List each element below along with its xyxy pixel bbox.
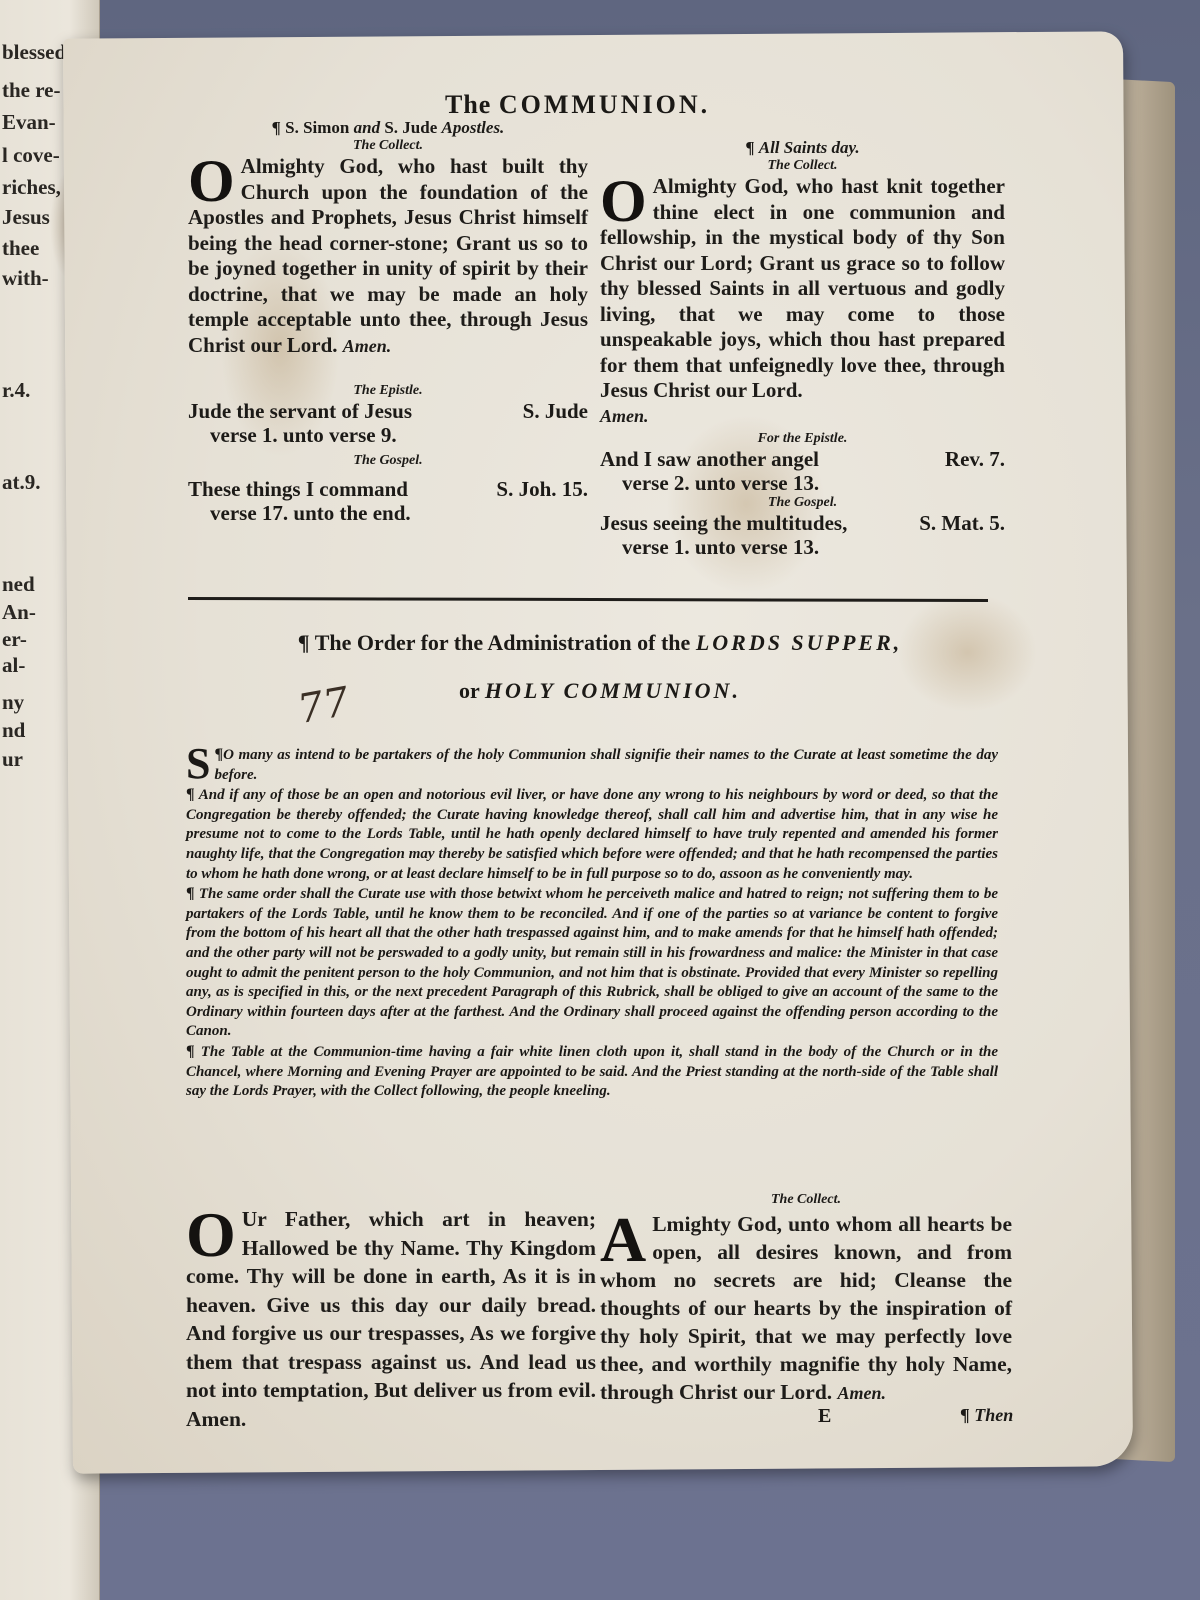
- rubric-paragraph: ¶ The Table at the Communion-time having…: [186, 1042, 998, 1102]
- feast-title: ¶ All Saints day.: [600, 138, 1005, 158]
- drop-cap: S: [186, 747, 210, 781]
- pilcrow-icon: ¶: [186, 1043, 195, 1060]
- left-page-fragment: Evan-: [2, 110, 56, 135]
- gospel-reference: These things I command verse 17. unto th…: [188, 477, 588, 525]
- left-page-fragment: ur: [2, 747, 23, 772]
- left-page-fragment: An-: [2, 600, 36, 625]
- left-page-fragment: ny: [2, 690, 24, 715]
- drop-cap: O: [600, 178, 647, 224]
- collect-text: O Almighty God, who hast built thy Churc…: [188, 154, 588, 359]
- pilcrow-icon: ¶: [272, 118, 281, 137]
- scripture-citation: S. Joh. 15.: [496, 477, 588, 501]
- left-page-fragment: l cove-: [2, 143, 60, 168]
- epistle-reference: Jude the servant of Jesus verse 1. unto …: [188, 399, 588, 447]
- left-page-fragment: Jesus: [2, 205, 50, 230]
- simon-jude-section: ¶ S. Simon and S. Jude Apostles. The Col…: [188, 118, 588, 525]
- left-page-fragment: the re-: [2, 78, 61, 103]
- pilcrow-icon: ¶: [214, 746, 223, 763]
- collect-for-purity: The Collect. A Lmighty God, unto whom al…: [600, 1192, 1012, 1407]
- left-page-fragment: blessed: [2, 40, 66, 65]
- pilcrow-icon: ¶: [186, 786, 195, 803]
- rubrics: ¶SO many as intend to be partakers of th…: [186, 745, 998, 1102]
- running-head-title: COMMUNION.: [499, 90, 710, 119]
- left-page-fragment: thee: [2, 236, 39, 261]
- signature-mark: E: [818, 1405, 831, 1428]
- amen: Amen.: [600, 404, 1005, 430]
- epistle-label: The Epistle.: [188, 383, 588, 399]
- collect-text: O Almighty God, who hast knit together t…: [600, 174, 1005, 429]
- left-page-fragment: at.9.: [2, 470, 41, 495]
- gospel-label: The Gospel.: [600, 495, 1005, 511]
- left-page-fragment: with-: [2, 266, 49, 291]
- scripture-citation: Rev. 7.: [945, 447, 1005, 471]
- all-saints-section: ¶ All Saints day. The Collect. O Almight…: [600, 138, 1005, 559]
- rubric-paragraph: ¶ And if any of those be an open and not…: [186, 785, 998, 884]
- handwritten-annotation: 77: [294, 679, 352, 733]
- pilcrow-icon: ¶: [745, 138, 754, 157]
- feast-title: ¶ S. Simon and S. Jude Apostles.: [188, 118, 588, 138]
- pilcrow-icon: ¶: [186, 885, 195, 902]
- collect-label: The Collect.: [600, 1192, 1012, 1208]
- left-page-fragment: r.4.: [2, 378, 30, 403]
- scripture-citation: S. Mat. 5.: [919, 511, 1005, 535]
- catchword: ¶ Then: [960, 1405, 1013, 1426]
- running-head-prefix: The: [445, 90, 491, 119]
- epistle-label: For the Epistle.: [600, 431, 1005, 447]
- order-title: ¶ The Order for the Administration of th…: [200, 630, 1000, 656]
- epistle-reference: And I saw another angel verse 2. unto ve…: [600, 447, 1005, 495]
- rubric-paragraph: ¶SO many as intend to be partakers of th…: [186, 745, 998, 785]
- left-page-fragment: er-: [2, 627, 27, 652]
- drop-cap: O: [186, 1209, 236, 1261]
- left-page-fragment: nd: [2, 718, 25, 743]
- scripture-citation: S. Jude: [523, 399, 588, 423]
- left-page-fragment: riches,: [2, 175, 61, 200]
- lords-prayer: O Ur Father, which art in heaven; Hallow…: [186, 1205, 596, 1433]
- gospel-label: The Gospel.: [188, 453, 588, 469]
- amen: Amen.: [343, 336, 392, 356]
- pilcrow-icon: ¶: [960, 1405, 970, 1425]
- drop-cap: A: [600, 1214, 646, 1266]
- left-page-fragment: al-: [2, 653, 25, 678]
- gospel-reference: Jesus seeing the multitudes, verse 1. un…: [600, 511, 1005, 559]
- drop-cap: O: [188, 158, 235, 204]
- amen: Amen.: [186, 1407, 246, 1431]
- amen: Amen.: [838, 1383, 887, 1403]
- collect-label: The Collect.: [188, 138, 588, 154]
- rubric-paragraph: ¶ The same order shall the Curate use wi…: [186, 884, 998, 1042]
- pilcrow-icon: ¶: [298, 630, 310, 655]
- left-page-fragment: ned: [2, 572, 35, 597]
- running-head: The COMMUNION.: [445, 90, 710, 120]
- collect-label: The Collect.: [600, 158, 1005, 174]
